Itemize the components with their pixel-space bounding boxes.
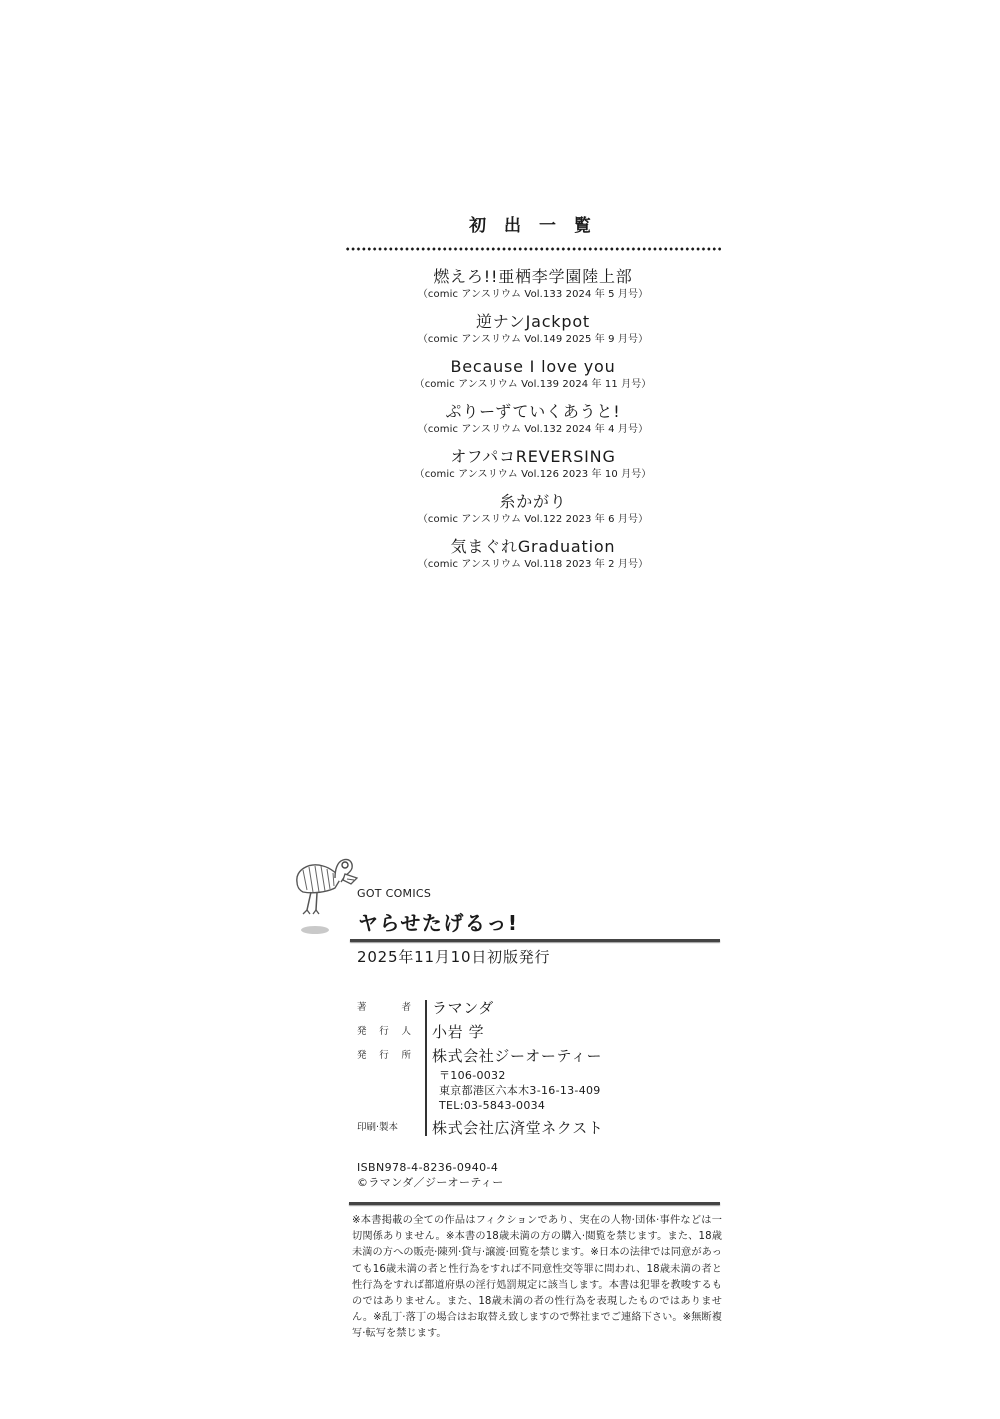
dotted-divider <box>345 246 721 252</box>
story-source: （comic アンスリウム Vol.133 2024 年 5 月号） <box>345 288 721 302</box>
list-item: Because I love you （comic アンスリウム Vol.139… <box>345 356 721 392</box>
address: 東京都港区六本木3-16-13-409 <box>439 1083 601 1098</box>
publisher-person-label: 発行人 <box>357 1022 411 1042</box>
credit-row-printer: 印刷·製本 株式会社広済堂ネクスト <box>357 1118 717 1138</box>
list-item: オフパコREVERSING （comic アンスリウム Vol.126 2023… <box>345 446 721 482</box>
credit-row-publisher: 発行所 株式会社ジーオーティー <box>357 1046 717 1066</box>
publisher-person-name: 小岩 学 <box>432 1022 484 1042</box>
story-source: （comic アンスリウム Vol.118 2023 年 2 月号） <box>345 558 721 572</box>
credit-row-author: 著者 ラマンダ <box>357 998 717 1018</box>
title-divider <box>350 939 720 942</box>
printer-name: 株式会社広済堂ネクスト <box>432 1118 603 1138</box>
story-source: （comic アンスリウム Vol.132 2024 年 4 月号） <box>345 423 721 437</box>
list-item: 気まぐれGraduation （comic アンスリウム Vol.118 202… <box>345 536 721 572</box>
author-label: 著者 <box>357 998 411 1018</box>
copyright: ©ラマンダ／ジーオーティー <box>357 1175 504 1190</box>
story-source: （comic アンスリウム Vol.126 2023 年 10 月号） <box>345 468 721 482</box>
story-title: オフパコREVERSING <box>345 446 721 468</box>
imprint-label: GOT COMICS <box>357 887 431 900</box>
postal-code: 〒106-0032 <box>439 1068 506 1083</box>
credits-vertical-divider <box>425 1000 427 1136</box>
story-title: 燃えろ!!亜栖李学園陸上部 <box>345 266 721 288</box>
notice-divider <box>349 1202 720 1205</box>
author-name: ラマンダ <box>432 998 494 1018</box>
isbn: ISBN978-4-8236-0940-4 <box>357 1160 498 1175</box>
story-source: （comic アンスリウム Vol.149 2025 年 9 月号） <box>345 333 721 347</box>
publish-date: 2025年11月10日初版発行 <box>357 946 550 968</box>
list-item: 逆ナンJackpot （comic アンスリウム Vol.149 2025 年 … <box>345 311 721 347</box>
first-appearance-heading: 初 出 一 覧 <box>345 212 721 240</box>
list-item: 糸かがり （comic アンスリウム Vol.122 2023 年 6 月号） <box>345 491 721 527</box>
story-source: （comic アンスリウム Vol.139 2024 年 11 月号） <box>345 378 721 392</box>
list-item: ぷりーずていくあうと! （comic アンスリウム Vol.132 2024 年… <box>345 401 721 437</box>
bird-logo-icon <box>291 852 361 942</box>
story-title: ぷりーずていくあうと! <box>345 401 721 423</box>
publisher-label: 発行所 <box>357 1046 411 1066</box>
story-title: Because I love you <box>345 356 721 378</box>
printer-label: 印刷·製本 <box>357 1118 411 1138</box>
credit-row-publisher-person: 発行人 小岩 学 <box>357 1022 717 1042</box>
story-title: 気まぐれGraduation <box>345 536 721 558</box>
telephone: TEL:03-5843-0034 <box>439 1098 545 1113</box>
book-title: ヤらせたげるっ! <box>358 908 519 938</box>
first-appearance-list: 初 出 一 覧 燃えろ!!亜栖李学園陸上部 （comic アンスリウム Vol.… <box>345 212 721 581</box>
legal-notice: ※本書掲載の全ての作品はフィクションであり、実在の人物·団体·事件などは一切関係… <box>352 1213 722 1343</box>
list-item: 燃えろ!!亜栖李学園陸上部 （comic アンスリウム Vol.133 2024… <box>345 266 721 302</box>
story-title: 逆ナンJackpot <box>345 311 721 333</box>
publisher-name: 株式会社ジーオーティー <box>432 1046 602 1066</box>
story-source: （comic アンスリウム Vol.122 2023 年 6 月号） <box>345 513 721 527</box>
story-title: 糸かがり <box>345 491 721 513</box>
